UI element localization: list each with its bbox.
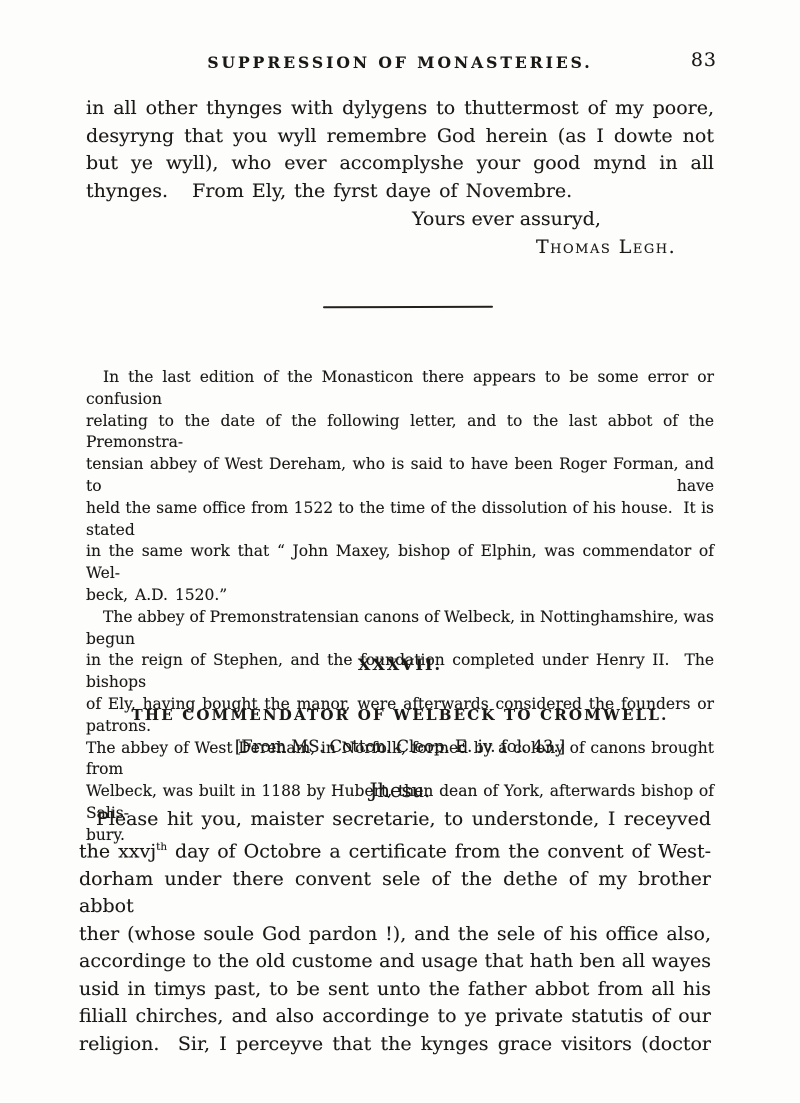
text-line: beck, A.D. 1520.” — [86, 585, 714, 607]
book-page: SUPPRESSION OF MONASTERIES. 83 in all ot… — [0, 0, 800, 1103]
text-line: relating to the date of the following le… — [86, 411, 714, 455]
section-number: XXXVII. — [86, 655, 714, 674]
letter-salutation: Jhesu. — [86, 779, 714, 802]
text-line: thynges. From Ely, the fyrst daye of Nov… — [86, 178, 714, 206]
letter-body: Please hit you, maister secretarie, to u… — [79, 806, 711, 1059]
text-line: held the same office from 1522 to the ti… — [86, 498, 714, 542]
running-title: SUPPRESSION OF MONASTERIES. — [86, 53, 714, 72]
text-line: dorham under there convent sele of the d… — [79, 866, 711, 921]
text-line: In the last edition of the Monasticon th… — [86, 367, 714, 411]
text-line: filiall chirches, and also accordinge to… — [79, 1003, 711, 1031]
text-line: desyryng that you wyll remembre God here… — [86, 123, 714, 151]
section-divider-rule — [323, 306, 493, 309]
editorial-note: In the last edition of the Monasticon th… — [86, 367, 714, 847]
note-paragraph-1: In the last edition of the Monasticon th… — [86, 367, 714, 607]
text-line: accordinge to the old custome and usage … — [79, 948, 711, 976]
signature-name: Thomas Legh. — [536, 236, 676, 258]
text-line: Please hit you, maister secretarie, to u… — [79, 806, 711, 834]
text-line: the xxvjth day of Octobre a certificate … — [79, 834, 711, 866]
manuscript-source: [From MS. Cotton. Cleop. E. iv. fol. 43.… — [86, 737, 714, 756]
text-line: tensian abbey of West Dereham, who is sa… — [86, 454, 714, 498]
text-line: usid in timys past, to be sent unto the … — [79, 976, 711, 1004]
text-line: in all other thynges with dylygens to th… — [86, 95, 714, 123]
page-number: 83 — [691, 49, 717, 71]
section-title: THE COMMENDATOR OF WELBECK TO CROMWELL. — [86, 706, 714, 724]
letter-closing-paragraph: in all other thynges with dylygens to th… — [86, 95, 714, 205]
text-line: The abbey of Premonstratensian canons of… — [86, 607, 714, 651]
text-line: religion. Sir, I perceyve that the kynge… — [79, 1031, 711, 1059]
text-line: but ye wyll), who ever accomplyshe your … — [86, 150, 714, 178]
valediction: Yours ever assuryd, — [412, 208, 601, 230]
text-line: ther (whose soule God pardon !), and the… — [79, 921, 711, 949]
text-line: in the same work that “ John Maxey, bish… — [86, 541, 714, 585]
